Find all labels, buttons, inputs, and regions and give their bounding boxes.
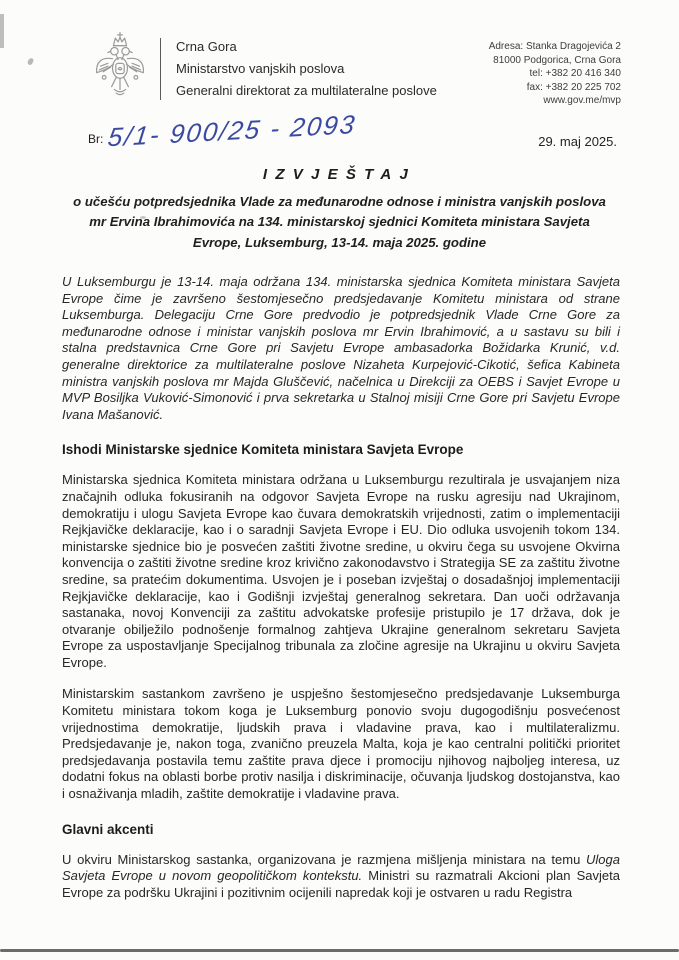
scan-artifact-corner [0, 14, 4, 48]
paragraph-presidency-handover: Ministarskim sastankom završeno je uspje… [62, 686, 620, 802]
section-heading-highlights: Glavni akcenti [62, 822, 620, 837]
highlights-text-start: U okviru Ministarskog sastanka, organizo… [62, 852, 586, 867]
paragraph-outcomes: Ministarska sjednica Komiteta ministara … [62, 472, 620, 671]
document-title: IZVJEŠTAJ [0, 166, 679, 183]
section-heading-outcomes: Ishodi Ministarske sjednice Komiteta min… [62, 442, 620, 457]
document-page: Crna Gora Ministarstvo vanjskih poslova … [0, 0, 679, 960]
address-website: www.gov.me/mvp [489, 94, 621, 108]
org-ministry: Ministarstvo vanjskih poslova [176, 58, 437, 80]
reference-row: Br: 5/1- 900/25 - 2093 29. maj 2025. [88, 122, 619, 166]
address-fax: fax: +382 20 225 702 [489, 81, 621, 95]
document-subtitle: o učešću potpredsjednika Vlade za međuna… [72, 192, 607, 254]
organization-block: Crna Gora Ministarstvo vanjskih poslova … [176, 30, 437, 102]
montenegro-coat-of-arms-icon [92, 30, 148, 106]
org-directorate: Generalni direktorat za multilateralne p… [176, 80, 437, 102]
address-city: 81000 Podgorica, Crna Gora [489, 54, 621, 68]
address-block: Adresa: Stanka Dragojevića 2 81000 Podgo… [489, 30, 621, 108]
reference-label: Br: [88, 132, 103, 146]
address-street: Adresa: Stanka Dragojevića 2 [489, 40, 621, 54]
paragraph-introduction: U Luksemburgu je 13-14. maja održana 134… [62, 274, 620, 423]
document-date: 29. maj 2025. [538, 134, 617, 149]
org-country: Crna Gora [176, 36, 437, 58]
letterhead: Crna Gora Ministarstvo vanjskih poslova … [0, 0, 679, 108]
paragraph-highlights: U okviru Ministarskog sastanka, organizo… [62, 852, 620, 902]
letterhead-divider [160, 38, 161, 100]
address-tel: tel: +382 20 416 340 [489, 67, 621, 81]
reference-number-handwritten: 5/1- 900/25 - 2093 [106, 108, 358, 152]
scan-artifact-bottom-line [0, 949, 679, 952]
scan-artifact-speck [140, 216, 146, 219]
